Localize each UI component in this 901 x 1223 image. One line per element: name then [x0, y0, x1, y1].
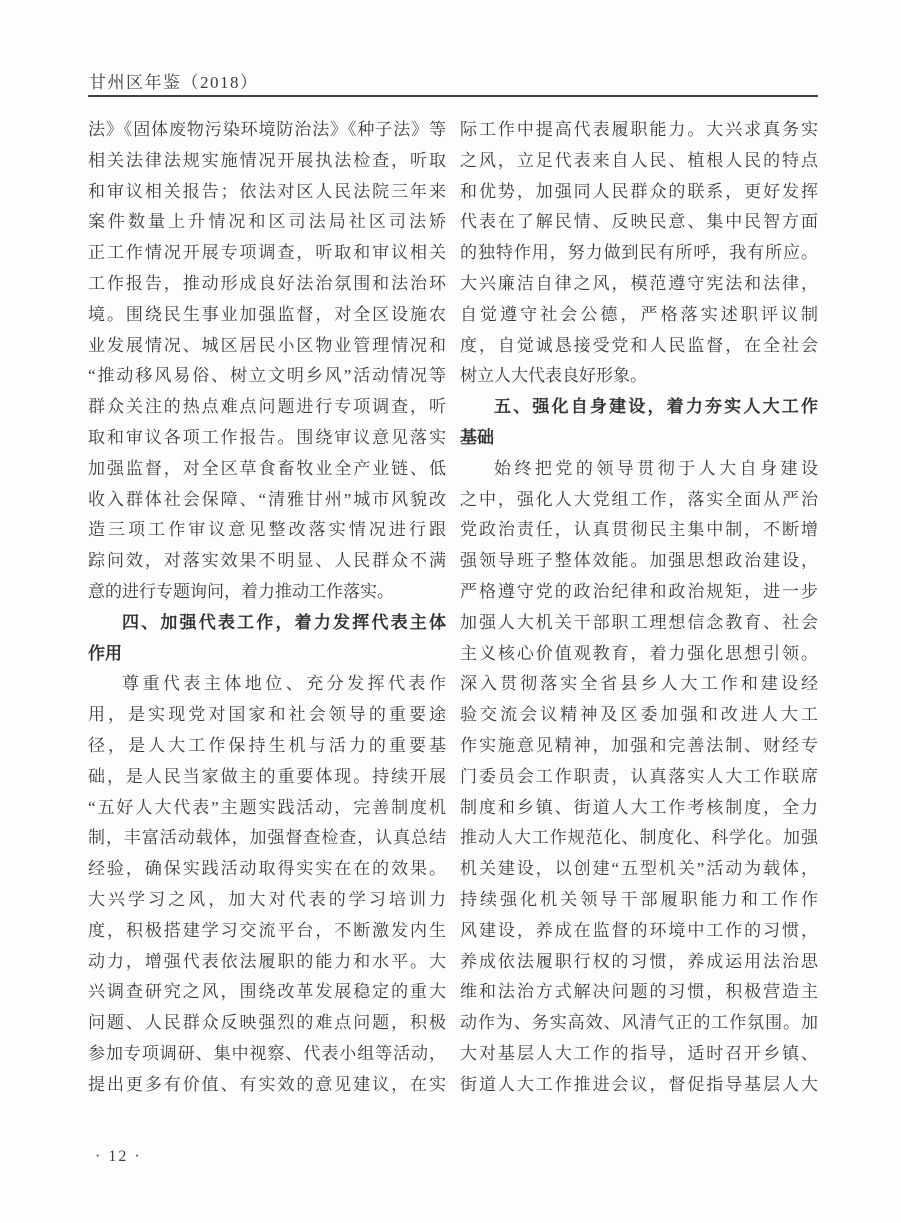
text-line: 之中，强化人大党组工作，落实全面从严治 [460, 485, 818, 516]
right-column: 际工作中提高代表履职能力。大兴求真务实之风，立足代表来自人民、植根人民的特点和优… [460, 115, 818, 1101]
text-line: 作实施意见精神，加强和完善法制、财经专 [460, 731, 818, 762]
text-line: 制度和乡镇、街道人大工作考核制度，全力 [460, 793, 818, 824]
text-line: 问题、人民群众反映强烈的难点问题，积极 [88, 1008, 446, 1039]
text-line: 加强监督，对全区草食畜牧业全产业链、低 [88, 454, 446, 485]
text-line: 尊重代表主体地位、充分发挥代表作 [88, 669, 446, 700]
text-columns: 法》《固体废物污染环境防治法》《种子法》等相关法律法规实施情况开展执法检查，听取… [88, 115, 818, 1101]
text-line: 代表在了解民情、反映民意、集中民智方面 [460, 207, 818, 238]
text-line: 持续强化机关领导干部履职能力和工作作 [460, 885, 818, 916]
text-line: 街道人大工作推进会议，督促指导基层人大 [460, 1070, 818, 1101]
left-column: 法》《固体废物污染环境防治法》《种子法》等相关法律法规实施情况开展执法检查，听取… [88, 115, 446, 1101]
text-line: 法》《固体废物污染环境防治法》《种子法》等 [88, 115, 446, 146]
text-line: 参加专项调研、集中视察、代表小组等活动， [88, 1039, 446, 1070]
text-line: 验交流会议精神及区委加强和改进人大工 [460, 700, 818, 731]
text-line: 提出更多有价值、有实效的意见建议，在实 [88, 1070, 446, 1101]
text-line: 工作报告，推动形成良好法治氛围和法治环 [88, 269, 446, 300]
text-line: 意的进行专题询问，着力推动工作落实。 [88, 577, 446, 608]
text-line: 业发展情况、城区居民小区物业管理情况和 [88, 331, 446, 362]
text-line: 踪问效，对落实效果不明显、人民群众不满 [88, 546, 446, 577]
text-line: 和审议相关报告；依法对区人民法院三年来 [88, 177, 446, 208]
text-line: 动作为、务实高效、风清气正的工作氛围。加 [460, 1008, 818, 1039]
text-line: 加强人大机关干部职工理想信念教育、社会 [460, 608, 818, 639]
text-line: 门委员会工作职责，认真落实人大工作联席 [460, 762, 818, 793]
text-line: 相关法律法规实施情况开展执法检查，听取 [88, 146, 446, 177]
section-heading-line: 四、加强代表工作，着力发挥代表主体 [88, 608, 446, 639]
text-line: 的独特作用，努力做到民有所呼，我有所应。 [460, 238, 818, 269]
text-line: 大对基层人大工作的指导，适时召开乡镇、 [460, 1039, 818, 1070]
text-line: 和优势，加强同人民群众的联系，更好发挥 [460, 177, 818, 208]
text-line: 大兴学习之风，加大对代表的学习培训力 [88, 885, 446, 916]
page-header-title: 甘州区年鉴（2018） [89, 68, 259, 93]
text-line: 兴调查研究之风，围绕改革发展稳定的重大 [88, 977, 446, 1008]
text-line: 境。围绕民生事业加强监督，对全区设施农 [88, 300, 446, 331]
text-line: 始终把党的领导贯彻于人大自身建设 [460, 454, 818, 485]
text-line: 经验，确保实践活动取得实实在在的效果。 [88, 854, 446, 885]
text-line: 之风，立足代表来自人民、植根人民的特点 [460, 146, 818, 177]
text-line: 群众关注的热点难点问题进行专项调查，听 [88, 392, 446, 423]
text-line: 养成依法履职行权的习惯，养成运用法治思 [460, 947, 818, 978]
text-line: 收入群体社会保障、“清雅甘州”城市风貌改 [88, 485, 446, 516]
text-line: 机关建设，以创建“五型机关”活动为载体， [460, 854, 818, 885]
text-line: 正工作情况开展专项调查，听取和审议相关 [88, 238, 446, 269]
section-heading-line: 作用 [88, 639, 446, 670]
text-line: 径，是人大工作保持生机与活力的重要基 [88, 731, 446, 762]
section-heading-line: 基础 [460, 423, 818, 454]
text-line: “推动移风易俗、树立文明乡风”活动情况等 [88, 361, 446, 392]
text-line: 树立人大代表良好形象。 [460, 361, 818, 392]
text-line: 础，是人民当家做主的重要体现。持续开展 [88, 762, 446, 793]
section-heading-line: 五、强化自身建设，着力夯实人大工作 [460, 392, 818, 423]
text-line: 用，是实现党对国家和社会领导的重要途 [88, 700, 446, 731]
text-line: 自觉遵守社会公德，严格落实述职评议制 [460, 300, 818, 331]
text-line: 制，丰富活动载体，加强督查检查，认真总结 [88, 823, 446, 854]
text-line: 党政治责任，认真贯彻民主集中制，不断增 [460, 515, 818, 546]
text-line: 际工作中提高代表履职能力。大兴求真务实 [460, 115, 818, 146]
text-line: 度，积极搭建学习交流平台，不断激发内生 [88, 916, 446, 947]
text-line: 案件数量上升情况和区司法局社区司法矫 [88, 207, 446, 238]
text-line: 度，自觉诚恳接受党和人民监督，在全社会 [460, 331, 818, 362]
text-line: 强领导班子整体效能。加强思想政治建设， [460, 546, 818, 577]
text-line: 动力，增强代表依法履职的能力和水平。大 [88, 947, 446, 978]
text-line: 取和审议各项工作报告。围绕审议意见落实 [88, 423, 446, 454]
yearbook-page: 甘州区年鉴（2018） 法》《固体废物污染环境防治法》《种子法》等相关法律法规实… [0, 0, 901, 1223]
text-line: 主义核心价值观教育，着力强化思想引领。 [460, 639, 818, 670]
text-line: 维和法治方式解决问题的习惯，积极营造主 [460, 977, 818, 1008]
header-rule [88, 95, 818, 97]
text-line: 推动人大工作规范化、制度化、科学化。加强 [460, 823, 818, 854]
text-line: 深入贯彻落实全省县乡人大工作和建设经 [460, 669, 818, 700]
text-line: 造三项工作审议意见整改落实情况进行跟 [88, 515, 446, 546]
text-line: “五好人大代表”主题实践活动，完善制度机 [88, 793, 446, 824]
text-line: 风建设，养成在监督的环境中工作的习惯， [460, 916, 818, 947]
text-line: 严格遵守党的政治纪律和政治规矩，进一步 [460, 577, 818, 608]
page-number: · 12 · [95, 1148, 142, 1166]
text-line: 大兴廉洁自律之风，模范遵守宪法和法律， [460, 269, 818, 300]
